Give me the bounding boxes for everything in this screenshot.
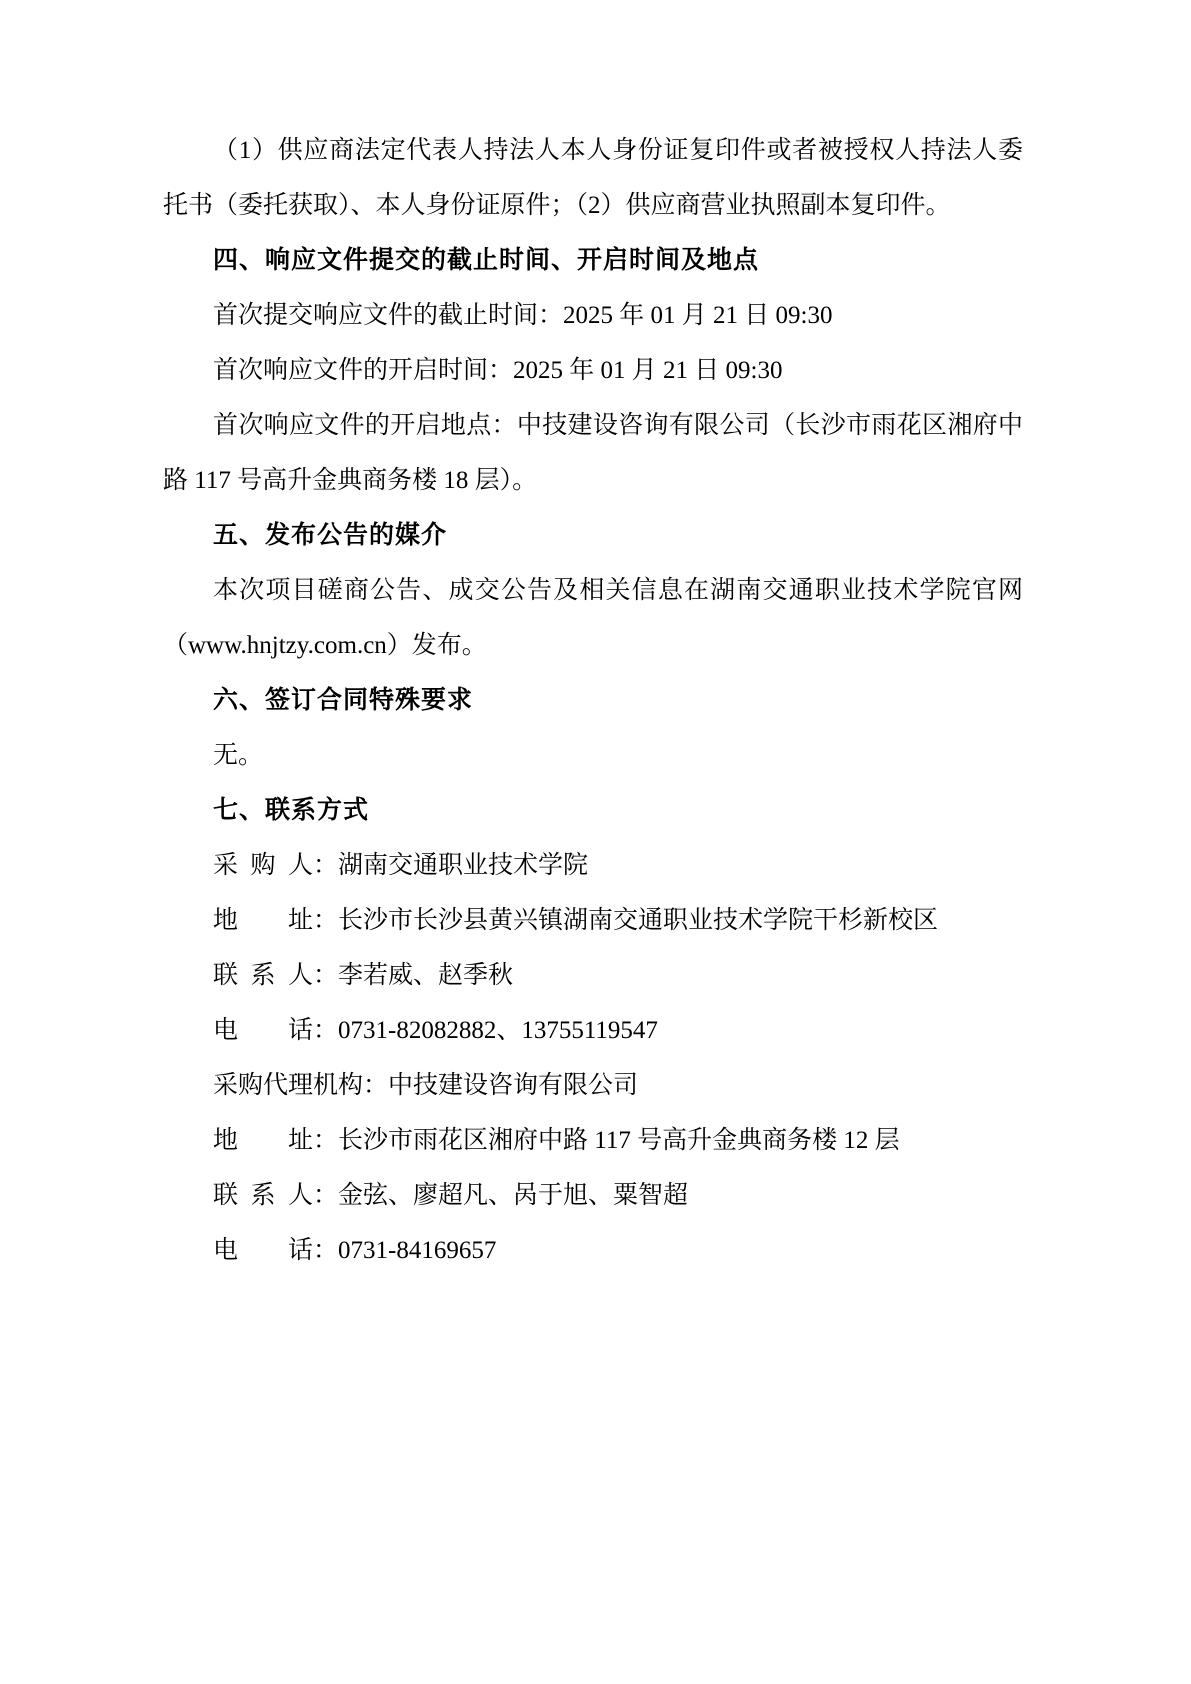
contact-line-purchaser-address: 地 址：长沙市长沙县黄兴镇湖南交通职业技术学院干杉新校区 <box>163 893 1023 948</box>
agency-phone-label: 电 话： <box>213 1237 338 1264</box>
opening-time-line: 首次响应文件的开启时间：2025 年 01 月 21 日 09:30 <box>163 343 1023 398</box>
heading-section-6-contract: 六、签订合同特殊要求 <box>163 673 1023 728</box>
media-body-paragraph: 本次项目磋商公告、成交公告及相关信息在湖南交通职业技术学院官网（www.hnjt… <box>163 563 1023 673</box>
purchaser-label: 采 购 人： <box>213 852 338 879</box>
submission-deadline-line: 首次提交响应文件的截止时间：2025 年 01 月 21 日 09:30 <box>163 288 1023 343</box>
contact-line-agency-address: 地 址：长沙市雨花区湘府中路 117 号高升金典商务楼 12 层 <box>163 1113 1023 1168</box>
contact-line-agency: 采购代理机构：中技建设咨询有限公司 <box>163 1058 1023 1113</box>
heading-section-5-media: 五、发布公告的媒介 <box>163 508 1023 563</box>
agency-contacts-label: 联 系 人： <box>213 1182 338 1209</box>
agency-value: 中技建设咨询有限公司 <box>388 1072 638 1099</box>
agency-contacts-value: 金弦、廖超凡、呙于旭、粟智超 <box>338 1182 688 1209</box>
agency-address-label: 地 址： <box>213 1127 338 1154</box>
agency-address-value: 长沙市雨花区湘府中路 117 号高升金典商务楼 12 层 <box>338 1127 900 1154</box>
purchaser-contacts-label: 联 系 人： <box>213 962 338 989</box>
purchaser-contacts-value: 李若威、赵季秋 <box>338 962 513 989</box>
purchaser-address-value: 长沙市长沙县黄兴镇湖南交通职业技术学院干杉新校区 <box>338 907 938 934</box>
contract-body-paragraph: 无。 <box>163 728 1023 783</box>
opening-place-line: 首次响应文件的开启地点：中技建设咨询有限公司（长沙市雨花区湘府中路 117 号高… <box>163 398 1023 508</box>
purchaser-address-label: 地 址： <box>213 907 338 934</box>
agency-label: 采购代理机构： <box>213 1072 388 1099</box>
document-page: （1）供应商法定代表人持法人本人身份证复印件或者被授权人持法人委托书（委托获取）… <box>0 0 1191 1684</box>
contact-line-purchaser-phone: 电 话：0731-82082882、13755119547 <box>163 1003 1023 1058</box>
contact-line-purchaser-contacts: 联 系 人：李若威、赵季秋 <box>163 948 1023 1003</box>
agency-phone-value: 0731-84169657 <box>338 1237 496 1264</box>
paragraph-supplier-id-requirements: （1）供应商法定代表人持法人本人身份证复印件或者被授权人持法人委托书（委托获取）… <box>163 123 1023 233</box>
contact-line-agency-phone: 电 话：0731-84169657 <box>163 1223 1023 1278</box>
purchaser-value: 湖南交通职业技术学院 <box>338 852 588 879</box>
purchaser-phone-value: 0731-82082882、13755119547 <box>338 1017 658 1044</box>
contact-line-agency-contacts: 联 系 人：金弦、廖超凡、呙于旭、粟智超 <box>163 1168 1023 1223</box>
contact-line-purchaser: 采 购 人：湖南交通职业技术学院 <box>163 838 1023 893</box>
heading-section-4-submission: 四、响应文件提交的截止时间、开启时间及地点 <box>163 233 1023 288</box>
heading-section-7-contact: 七、联系方式 <box>163 783 1023 838</box>
purchaser-phone-label: 电 话： <box>213 1017 338 1044</box>
